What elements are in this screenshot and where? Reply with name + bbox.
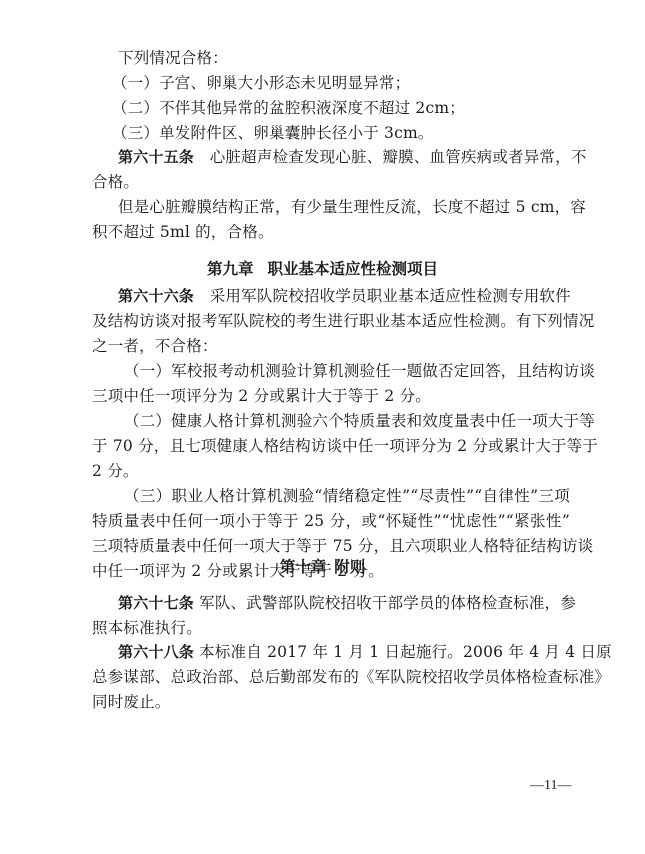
article-66-item-2-line-1: （二）健康人格计算机测验六个特质量表和效度量表中任一项大于等 (124, 410, 570, 432)
article-67-line-1: 第六十七条 军队、武警部队院校招收干部学员的体格检查标准，参 (118, 592, 570, 614)
article-65-line-2: 合格。 (92, 171, 570, 193)
article-66-line-3: 之一者，不合格： (92, 335, 570, 357)
chapter-9-title: 职业基本适应性检测项目 (268, 260, 439, 278)
article-66-item-2-line-2: 于 70 分，且七项健康人格结构访谈中任一项评分为 2 分或累计大于等于 (92, 435, 570, 457)
article-66-item-3-line-2: 特质量表中任何一项小于等于 25 分，或“怀疑性”“忧虑性”“紧张性” (92, 510, 570, 532)
intro-lead: 下列情况合格： (118, 47, 570, 69)
article-65-para2-line-2: 积不超过 5ml 的，合格。 (92, 221, 570, 243)
article-66-item-3-line-1: （三）职业人格计算机测验“情绪稳定性”“尽责性”“自律性”三项 (124, 485, 570, 507)
article-68-line-1: 第六十八条 本标准自 2017 年 1 月 1 日起施行。2006 年 4 月 … (118, 641, 570, 663)
page-number: —11— (530, 778, 571, 794)
article-68-label: 第六十八条 (118, 643, 194, 661)
article-65-para2-line-1: 但是心脏瓣膜结构正常，有少量生理性反流，长度不超过 5 cm，容 (118, 196, 570, 218)
article-66-item-2-line-3: 2 分。 (92, 460, 570, 482)
chapter-10-heading: 第十章附则 (0, 556, 645, 578)
article-67-text-1: 军队、武警部队院校招收干部学员的体格检查标准，参 (199, 594, 576, 612)
chapter-9-heading: 第九章职业基本适应性检测项目 (0, 258, 645, 280)
article-66-item-1-line-2: 三项中任一项评分为 2 分或累计大于等于 2 分。 (92, 385, 570, 407)
article-66-text-1: 采用军队院校招收学员职业基本适应性检测专用软件 (210, 287, 571, 305)
article-66-item-3-line-3: 三项特质量表中任何一项大于等于 75 分，且六项职业人格特征结构访谈 (92, 535, 570, 557)
article-68-line-3: 同时废止。 (92, 691, 570, 713)
article-66-line-2: 及结构访谈对报考军队院校的考生进行职业基本适应性检测。有下列情况 (92, 310, 570, 332)
article-68-text-1: 本标准自 2017 年 1 月 1 日起施行。2006 年 4 月 4 日原 (199, 643, 612, 661)
intro-item-2: （二）不伴其他异常的盆腔积液深度不超过 2cm； (112, 97, 564, 119)
article-67-line-2: 照本标准执行。 (92, 617, 570, 639)
document-page: 下列情况合格： （一）子宫、卵巢大小形态未见明显异常； （二）不伴其他异常的盆腔… (0, 0, 645, 854)
chapter-10-number: 第十章 (280, 558, 327, 576)
article-66-label: 第六十六条 (118, 287, 194, 305)
chapter-10-title: 附则 (334, 558, 365, 576)
article-65-line-1: 第六十五条 心脏超声检查发现心脏、瓣膜、血管疾病或者异常，不 (118, 146, 570, 168)
article-65-text-1: 心脏超声检查发现心脏、瓣膜、血管疾病或者异常，不 (210, 148, 587, 166)
intro-item-1: （一）子宫、卵巢大小形态未见明显异常； (112, 72, 564, 94)
intro-item-3: （三）单发附件区、卵巢囊肿长径小于 3cm。 (112, 122, 564, 144)
article-65-label: 第六十五条 (118, 148, 194, 166)
article-66-line-1: 第六十六条 采用军队院校招收学员职业基本适应性检测专用软件 (118, 285, 570, 307)
article-68-line-2: 总参谋部、总政治部、总后勤部发布的《军队院校招收学员体格检查标准》 (92, 666, 570, 688)
chapter-9-number: 第九章 (207, 260, 254, 278)
article-66-item-1-line-1: （一）军校报考动机测验计算机测验任一题做否定回答，且结构访谈 (124, 360, 570, 382)
article-67-label: 第六十七条 (118, 594, 194, 612)
